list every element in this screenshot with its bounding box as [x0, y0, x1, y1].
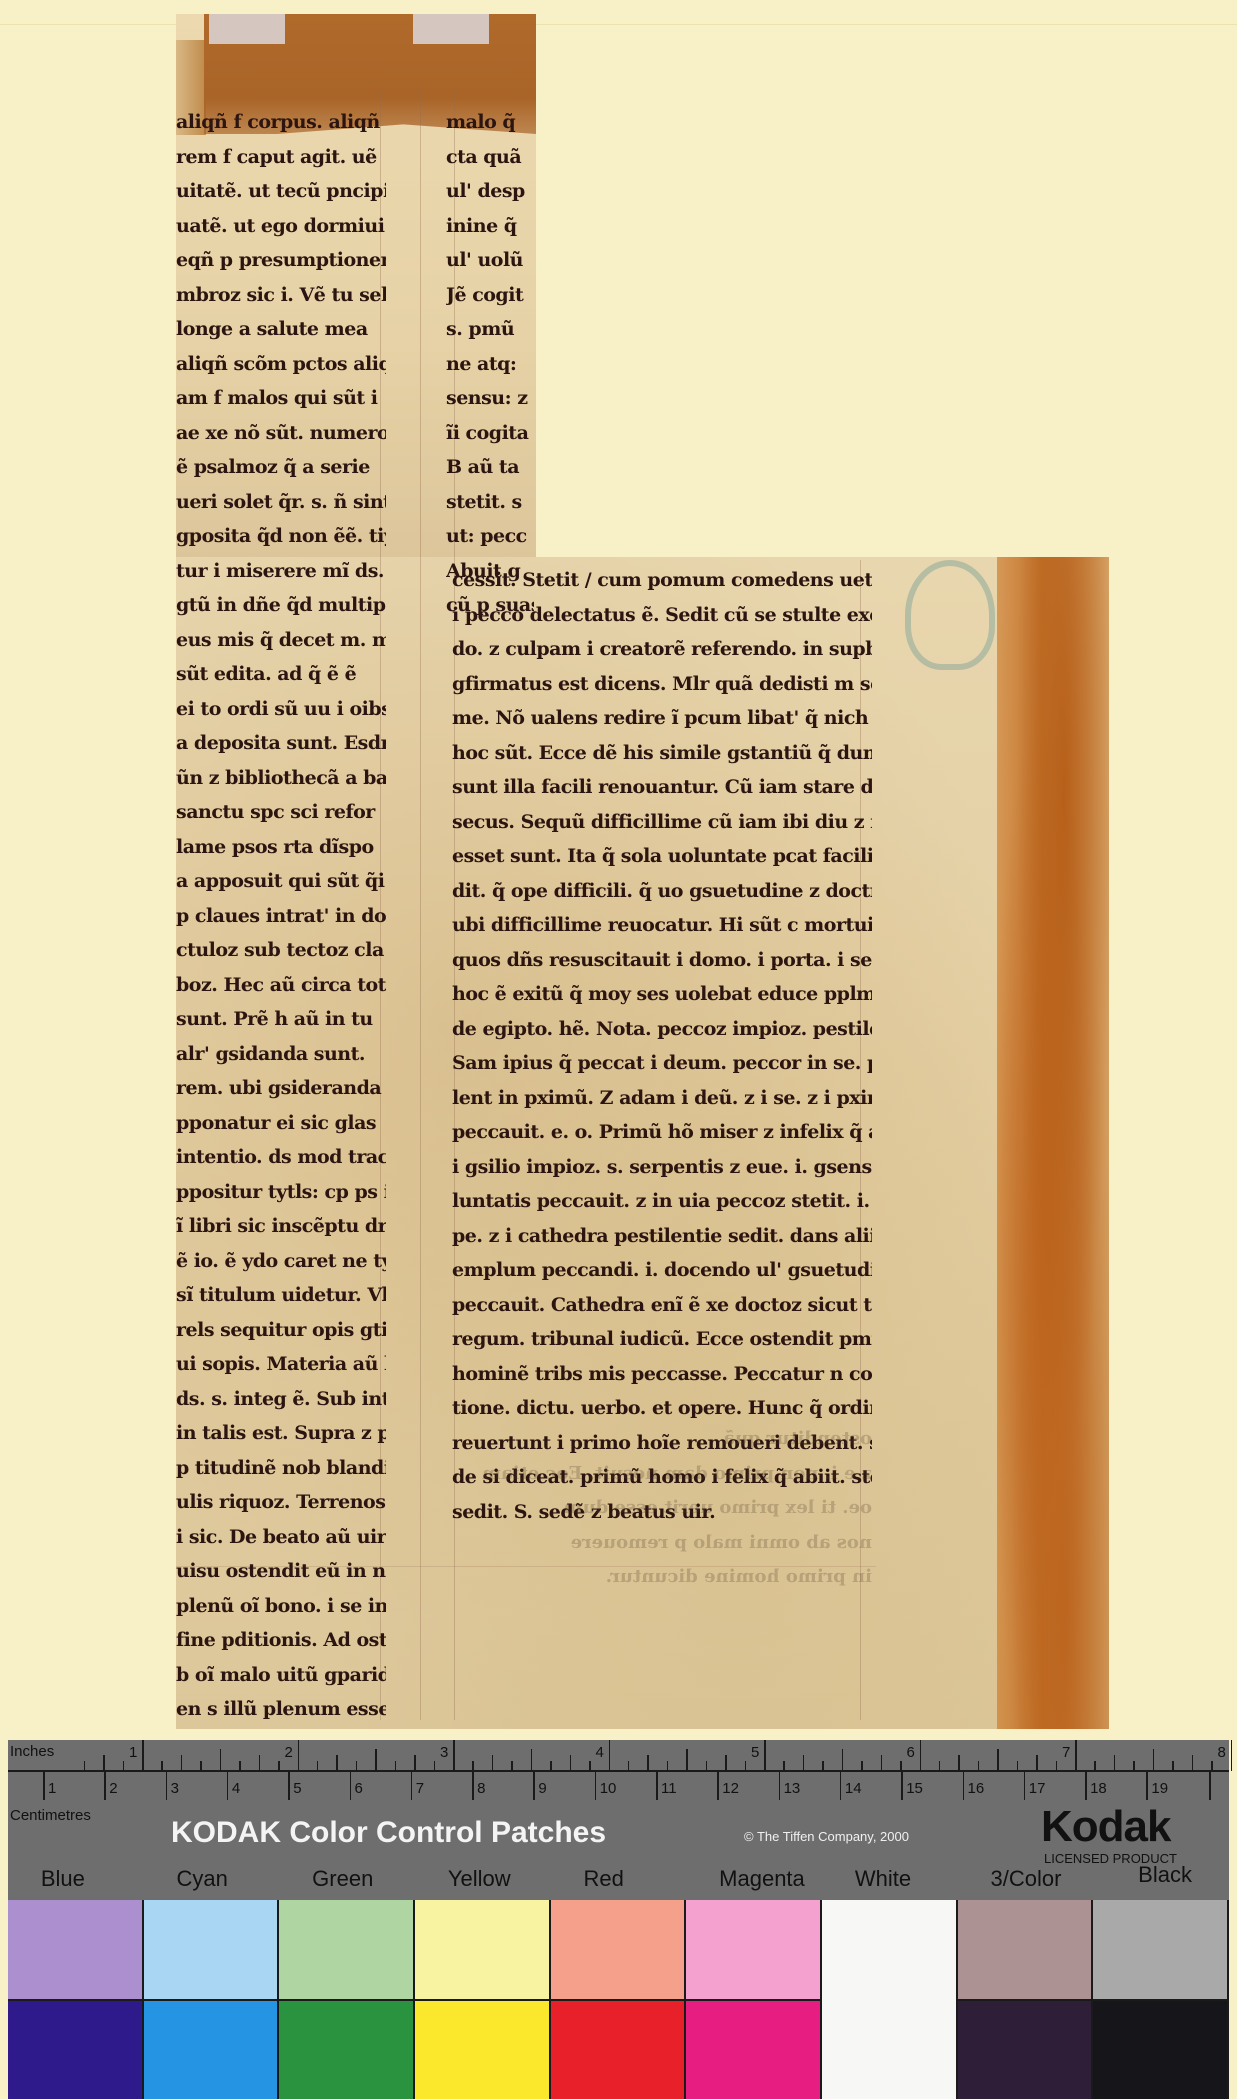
manuscript-line: intentio. ds mod tractan	[176, 1140, 386, 1175]
cm-tick-label: 4	[232, 1780, 240, 1797]
inch-subtick	[356, 1761, 358, 1771]
inch-subtick	[725, 1755, 727, 1771]
inch-subtick	[745, 1761, 747, 1771]
color-patch-dark	[279, 2001, 413, 2099]
cm-tick-label: 15	[906, 1780, 923, 1797]
inch-subtick	[822, 1761, 824, 1771]
manuscript-line: rem f caput agit. uẽ	[176, 140, 386, 175]
manuscript-line: tione. dictu. uerbo. et opere. Hunc q̃ o…	[452, 1391, 872, 1426]
inch-subtick	[570, 1755, 572, 1771]
patch-column-3-color	[958, 1900, 1094, 2099]
cm-tick	[963, 1771, 965, 1800]
inch-subtick	[997, 1749, 999, 1771]
cm-tick	[717, 1771, 719, 1800]
color-patch-grid	[8, 1900, 1229, 2099]
manuscript-line: uisu ostendit eũ in nu	[176, 1554, 386, 1589]
manuscript-line: ei to ordi sũ uu i oibs.	[176, 692, 386, 727]
patch-column-cyan	[144, 1900, 280, 2099]
manuscript-line: a deposita sunt. Esdras	[176, 726, 386, 761]
manuscript-line: ĩi cogita	[446, 416, 534, 451]
manuscript-line: luntatis peccauit. z in uia peccoz steti…	[452, 1184, 872, 1219]
cm-tick	[1085, 1771, 1087, 1800]
inch-tick	[920, 1740, 922, 1771]
cm-tick	[595, 1771, 597, 1800]
manuscript-line: aliqñ f corpus. aliqñ	[176, 105, 386, 140]
cm-tick	[227, 1771, 229, 1800]
inch-subtick	[1056, 1761, 1058, 1771]
manuscript-line: sunt. Prẽ h aũ in tu	[176, 1002, 386, 1037]
cm-tick-label: 3	[171, 1780, 179, 1797]
inch-subtick	[1114, 1755, 1116, 1771]
cm-tick-label: 11	[661, 1780, 677, 1797]
color-patch-light	[822, 1900, 956, 2000]
patch-label-magenta: Magenta	[719, 1866, 805, 1892]
manuscript-line: oe. ti lex primo uerit esse dum	[452, 1491, 872, 1526]
manuscript-line: ũn z bibliothecã a ba	[176, 761, 386, 796]
manuscript-line: ctuloz sub tectoz cla	[176, 933, 386, 968]
inch-subtick	[589, 1761, 591, 1771]
color-patch-dark	[415, 2001, 549, 2099]
patch-label-3-color: 3/Color	[991, 1866, 1062, 1892]
ruler: Inches Centimetres 123456781234567891011…	[8, 1740, 1229, 1810]
manuscript-line: s. pmũ	[446, 312, 534, 347]
manuscript-line: ĩ libri sic inscẽptu dr. In	[176, 1209, 386, 1244]
manuscript-line: i sic. De beato aũ uiro	[176, 1520, 386, 1555]
inch-subtick	[881, 1755, 883, 1771]
patch-label-white: White	[855, 1866, 911, 1892]
color-patch-dark	[958, 2001, 1092, 2099]
inch-tick-label: 6	[907, 1744, 915, 1761]
color-patch-light	[279, 1900, 413, 2001]
manuscript-line: fine pditionis. Ad osten	[176, 1623, 386, 1658]
inch-subtick	[1172, 1761, 1174, 1771]
manuscript-line: esset sunt. Ita q̃ sola uoluntate pcat f…	[452, 839, 872, 874]
color-patch-light	[415, 1900, 549, 2001]
color-patch-light	[1093, 1900, 1227, 2001]
manuscript-line: p claues intrat' in dom.	[176, 899, 386, 934]
inch-subtick	[531, 1749, 533, 1771]
inch-tick-label: 4	[596, 1744, 604, 1761]
manuscript-line: ueri solet q̃r. s. ñ sint	[176, 485, 386, 520]
cm-tick	[901, 1771, 903, 1800]
inch-subtick	[278, 1761, 280, 1771]
manuscript-line: cessit. Stetit / cum pomum comedens ueti…	[452, 563, 872, 598]
manuscript-line: ẽ io. ẽ ydo caret ne ty	[176, 1244, 386, 1279]
manuscript-line: en s illũ plenum esse oĩ	[176, 1692, 386, 1727]
manuscript-line: nos ab omni malo p remouere	[452, 1526, 872, 1561]
manuscript-line: rem. ubi gsideranda	[176, 1071, 386, 1106]
text-column-left: aliqñ f corpus. aliqñrem f caput agit. u…	[176, 105, 386, 1727]
manuscript-line: sũt edita. ad q̃ ẽ ẽ	[176, 657, 386, 692]
inch-subtick	[492, 1755, 494, 1771]
manuscript-line: dit. q̃ ope difficili. q̃ uo gsuetudine …	[452, 874, 872, 909]
inch-subtick	[628, 1761, 630, 1771]
manuscript-line: Sam ipius q̃ peccat i deum. peccor in se…	[452, 1046, 872, 1081]
manuscript-line: ubi difficillime reuocatur. Hi sũt c mor…	[452, 908, 872, 943]
patch-label-yellow: Yellow	[448, 1866, 511, 1892]
color-patch-dark	[144, 2001, 278, 2099]
manuscript-line: ui sopis. Materia aũ h	[176, 1347, 386, 1382]
inch-subtick	[978, 1761, 980, 1771]
manuscript-line: emplum peccandi. i. docendo ul' gsuetudi…	[452, 1253, 872, 1288]
inch-tick	[609, 1740, 611, 1771]
centimetres-label: Centimetres	[10, 1807, 91, 1824]
kodak-color-control-strip: Inches Centimetres 123456781234567891011…	[8, 1740, 1229, 2099]
patch-label-blue: Blue	[41, 1866, 85, 1892]
inch-subtick	[511, 1761, 513, 1771]
manuscript-line: regum. tribunal iudicũ. Ecce ostendit pm…	[452, 1322, 872, 1357]
cm-tick	[1209, 1771, 1211, 1800]
inch-tick-label: 8	[1218, 1744, 1226, 1761]
manuscript-line: i pecco delectatus ẽ. Sedit cũ se stulte…	[452, 598, 872, 633]
inch-subtick	[181, 1755, 183, 1771]
inch-subtick	[317, 1761, 319, 1771]
inch-subtick	[706, 1761, 708, 1771]
cm-tick	[472, 1771, 474, 1800]
cm-tick-label: 16	[968, 1780, 985, 1797]
manuscript-line: hominẽ tribs mis peccasse. Peccatur n co…	[452, 1357, 872, 1392]
cm-tick	[350, 1771, 352, 1800]
manuscript-line: hoc sũt. Ecce dẽ his simile gstantiũ q̃ …	[452, 736, 872, 771]
manuscript-line: ẽ psalmoz q̃ a serie	[176, 450, 386, 485]
color-patch-dark	[1093, 2001, 1227, 2099]
inch-subtick	[783, 1761, 785, 1771]
inch-subtick	[103, 1755, 105, 1771]
cm-tick-label: 7	[416, 1780, 424, 1797]
cm-tick	[104, 1771, 106, 1800]
manuscript-line: sunt illa facili renouantur. Cũ iam star…	[452, 770, 872, 805]
manuscript-line: de egipto. hẽ. Nota. peccoz impioz. pest…	[452, 1012, 872, 1047]
inch-subtick	[803, 1755, 805, 1771]
manuscript-line: eus mis q̃ decet m. m. xẽ.	[176, 623, 386, 658]
manuscript-line: me. Nõ ualens redire ĩ pcum libat' q̃ ni…	[452, 701, 872, 736]
cm-tick-label: 5	[293, 1780, 301, 1797]
ruler-axis	[8, 1770, 1229, 1772]
inch-subtick	[259, 1755, 261, 1771]
patch-labels: BlueCyanGreenYellowRedMagentaWhite3/Colo…	[8, 1862, 1229, 1898]
water-stain-right-margin	[997, 557, 1109, 1729]
inch-subtick	[861, 1761, 863, 1771]
manuscript-line: Jẽ cogit	[446, 278, 534, 313]
inch-subtick	[200, 1761, 202, 1771]
cm-tick-label: 9	[538, 1780, 546, 1797]
inch-subtick	[336, 1755, 338, 1771]
manuscript-line: longe a salute mea	[176, 312, 386, 347]
manuscript-line: am f malos qui sũt i	[176, 381, 386, 416]
color-patch-dark	[551, 2001, 685, 2099]
manuscript-line: hoc ẽ exitũ q̃ moy ses uolebat educe ppl…	[452, 977, 872, 1012]
inch-subtick	[84, 1761, 86, 1771]
manuscript-line: ne atq:	[446, 347, 534, 382]
manuscript-line: inine q̃	[446, 209, 534, 244]
inch-subtick	[647, 1755, 649, 1771]
inch-subtick	[1211, 1761, 1213, 1771]
color-patch-dark	[822, 2000, 956, 2099]
cm-tick-label: 8	[477, 1780, 485, 1797]
text-column-middle: malo q̃cta quãul' despinine q̃ul' uolũJẽ…	[446, 105, 534, 623]
cm-tick	[288, 1771, 290, 1800]
manuscript-line: ul' uolũ	[446, 243, 534, 278]
manuscript-line: boz. Hec aũ circa totũ	[176, 968, 386, 1003]
inch-subtick	[667, 1761, 669, 1771]
manuscript-line: quos dñs resuscitauit i domo. i porta. i…	[452, 943, 872, 978]
manuscript-line: ds. s. integ ẽ. Sub intẽn	[176, 1382, 386, 1417]
manuscript-line: gtũ in dñe q̃d multiph	[176, 588, 386, 623]
chart-title: KODAK Color Control Patches	[171, 1816, 606, 1850]
color-patch-light	[144, 1900, 278, 2001]
cm-tick	[411, 1771, 413, 1800]
inch-tick	[1231, 1740, 1233, 1771]
patch-label-red: Red	[584, 1866, 624, 1892]
inch-subtick	[472, 1761, 474, 1771]
cm-tick-label: 18	[1090, 1780, 1107, 1797]
mounting-tape-right	[413, 14, 489, 44]
inch-subtick	[842, 1749, 844, 1771]
cm-tick	[656, 1771, 658, 1800]
inch-subtick	[958, 1755, 960, 1771]
cm-tick-label: 2	[109, 1780, 117, 1797]
manuscript-line: ostenditur quã	[452, 1422, 872, 1457]
inch-subtick	[1017, 1761, 1019, 1771]
manuscript-line: uatẽ. ut ego dormiui	[176, 209, 386, 244]
inch-subtick	[550, 1761, 552, 1771]
manuscript-line: sensu: z	[446, 381, 534, 416]
cm-tick-label: 17	[1029, 1780, 1046, 1797]
manuscript-line: sĩ titulum uidetur. Vbi tio	[176, 1278, 386, 1313]
cm-tick	[1146, 1771, 1148, 1800]
manuscript-line: mbroz sic i. Vẽ tu sel	[176, 278, 386, 313]
inch-tick	[764, 1740, 766, 1771]
cm-tick	[166, 1771, 168, 1800]
manuscript-line: alr' gsidanda sunt.	[176, 1037, 386, 1072]
manuscript-line: B aũ ta	[446, 450, 534, 485]
inch-subtick	[220, 1749, 222, 1771]
manuscript-line: stetit. s	[446, 485, 534, 520]
manuscript-line: sanctu spc sci refor	[176, 795, 386, 830]
cm-tick-label: 1	[48, 1780, 56, 1797]
inch-subtick	[1133, 1761, 1135, 1771]
patch-column-yellow	[415, 1900, 551, 2099]
kodak-logo: Kodak	[1041, 1802, 1170, 1852]
inch-subtick	[1036, 1755, 1038, 1771]
manuscript-line: lame psos rta dĩspo	[176, 830, 386, 865]
manuscript-line: ut: pecc	[446, 519, 534, 554]
inch-tick-label: 5	[751, 1744, 759, 1761]
manuscript-line: a apposuit qui sũt q̃i	[176, 864, 386, 899]
inch-subtick	[375, 1749, 377, 1771]
manuscript-line: b oĩ malo uitũ gparide	[176, 1658, 386, 1693]
manuscript-line: uitatẽ. ut tecũ pncipi	[176, 174, 386, 209]
inch-tick	[453, 1740, 455, 1771]
manuscript-line: gposita q̃d non ẽẽ. tiỹ	[176, 519, 386, 554]
manuscript-line: in primo homine dicuntur.	[452, 1560, 872, 1595]
inch-tick-label: 3	[440, 1744, 448, 1761]
patch-label-cyan: Cyan	[177, 1866, 228, 1892]
cm-tick-label: 12	[722, 1780, 739, 1797]
color-patch-light	[8, 1900, 142, 2001]
inch-subtick	[900, 1761, 902, 1771]
cm-tick	[779, 1771, 781, 1800]
manuscript-line: peccauit. Cathedra enĩ ẽ xe doctoz sicut…	[452, 1288, 872, 1323]
inch-subtick	[1192, 1755, 1194, 1771]
color-patch-light	[686, 1900, 820, 2001]
faded-decorated-initial	[905, 560, 995, 670]
cm-tick	[533, 1771, 535, 1800]
color-patch-light	[551, 1900, 685, 2001]
manuscript-line: lent in pximũ. Z adam i deũ. z i se. z i…	[452, 1081, 872, 1116]
inch-subtick	[939, 1761, 941, 1771]
manuscript-line: peccauit. e. o. Primũ hõ miser z infelix…	[452, 1115, 872, 1150]
cm-tick-label: 19	[1151, 1780, 1168, 1797]
inch-subtick	[414, 1755, 416, 1771]
color-patch-dark	[686, 2001, 820, 2099]
manuscript-line: i gsilio impioz. s. serpentis z eue. i. …	[452, 1150, 872, 1185]
cm-tick	[1024, 1771, 1026, 1800]
patch-column-magenta	[686, 1900, 822, 2099]
manuscript-line: aliqñ scõm pctos aliqñ	[176, 347, 386, 382]
inches-label: Inches	[10, 1743, 54, 1760]
inch-subtick	[239, 1761, 241, 1771]
color-patch-dark	[8, 2001, 142, 2099]
inch-subtick	[395, 1761, 397, 1771]
patch-column-white	[822, 1900, 958, 2099]
patch-column-blue	[8, 1900, 144, 2099]
inch-subtick	[686, 1749, 688, 1771]
mounting-tape-left	[209, 14, 285, 44]
manuscript-line: gfirmatus est dicens. Mlr quã dedisti m …	[452, 667, 872, 702]
manuscript-line: tur i miserere mĩ ds.	[176, 554, 386, 589]
manuscript-line: do. z culpam i creatorẽ referendo. in su…	[452, 632, 872, 667]
ruling-line	[420, 90, 421, 1720]
color-patch-light	[958, 1900, 1092, 2001]
manuscript-line: rels sequitur opis gtinet	[176, 1313, 386, 1348]
manuscript-line: p titudinẽ nob blandi	[176, 1451, 386, 1486]
manuscript-line: malo q̃	[446, 105, 534, 140]
manuscript-line: in talis est. Supra z ps. pa	[176, 1416, 386, 1451]
inch-tick-label: 1	[129, 1744, 137, 1761]
inch-subtick	[434, 1761, 436, 1771]
manuscript-line: pe. z i cathedra pestilentie sedit. dans…	[452, 1219, 872, 1254]
copyright-notice: © The Tiffen Company, 2000	[744, 1829, 909, 1844]
manuscript-line: pponatur ei sic glas	[176, 1106, 386, 1141]
manuscript-line: ul' desp	[446, 174, 534, 209]
patch-column-red	[551, 1900, 687, 2099]
manuscript-line: eqñ p presumptionem	[176, 243, 386, 278]
cm-tick-label: 10	[600, 1780, 617, 1797]
show-through-text: ostenditur quãz e i. non primo dam nosui…	[452, 1422, 872, 1595]
inch-subtick	[161, 1761, 163, 1771]
inch-subtick	[123, 1761, 125, 1771]
patch-label-black: Black	[1138, 1862, 1192, 1888]
cm-tick-label: 14	[845, 1780, 862, 1797]
cm-tick	[840, 1771, 842, 1800]
manuscript-line: plenũ oĩ bono. i se inde	[176, 1589, 386, 1624]
inch-subtick	[1153, 1749, 1155, 1771]
manuscript-line: cta quã	[446, 140, 534, 175]
cm-tick-label: 13	[784, 1780, 801, 1797]
cm-tick	[43, 1771, 45, 1800]
inch-tick	[1075, 1740, 1077, 1771]
patch-label-green: Green	[312, 1866, 373, 1892]
patch-column-black	[1093, 1900, 1229, 2099]
inch-subtick	[1094, 1761, 1096, 1771]
manuscript-line: z e i. non primo dam nosuit. Eoc etiam	[452, 1457, 872, 1492]
cm-tick-label: 6	[355, 1780, 363, 1797]
patch-column-green	[279, 1900, 415, 2099]
manuscript-line: secus. Sequũ difficillime cũ iam ibi diu…	[452, 805, 872, 840]
manuscript-line: ulis riquoz. Terrenos	[176, 1485, 386, 1520]
inch-tick	[298, 1740, 300, 1771]
manuscript-line: ae xe nõ sũt. numero	[176, 416, 386, 451]
inch-tick-label: 7	[1062, 1744, 1070, 1761]
inch-tick-label: 2	[285, 1744, 293, 1761]
text-column-right: cessit. Stetit / cum pomum comedens ueti…	[452, 563, 872, 1529]
manuscript-line: ppositur tytls: cp ps iste	[176, 1175, 386, 1210]
inch-tick	[142, 1740, 144, 1771]
